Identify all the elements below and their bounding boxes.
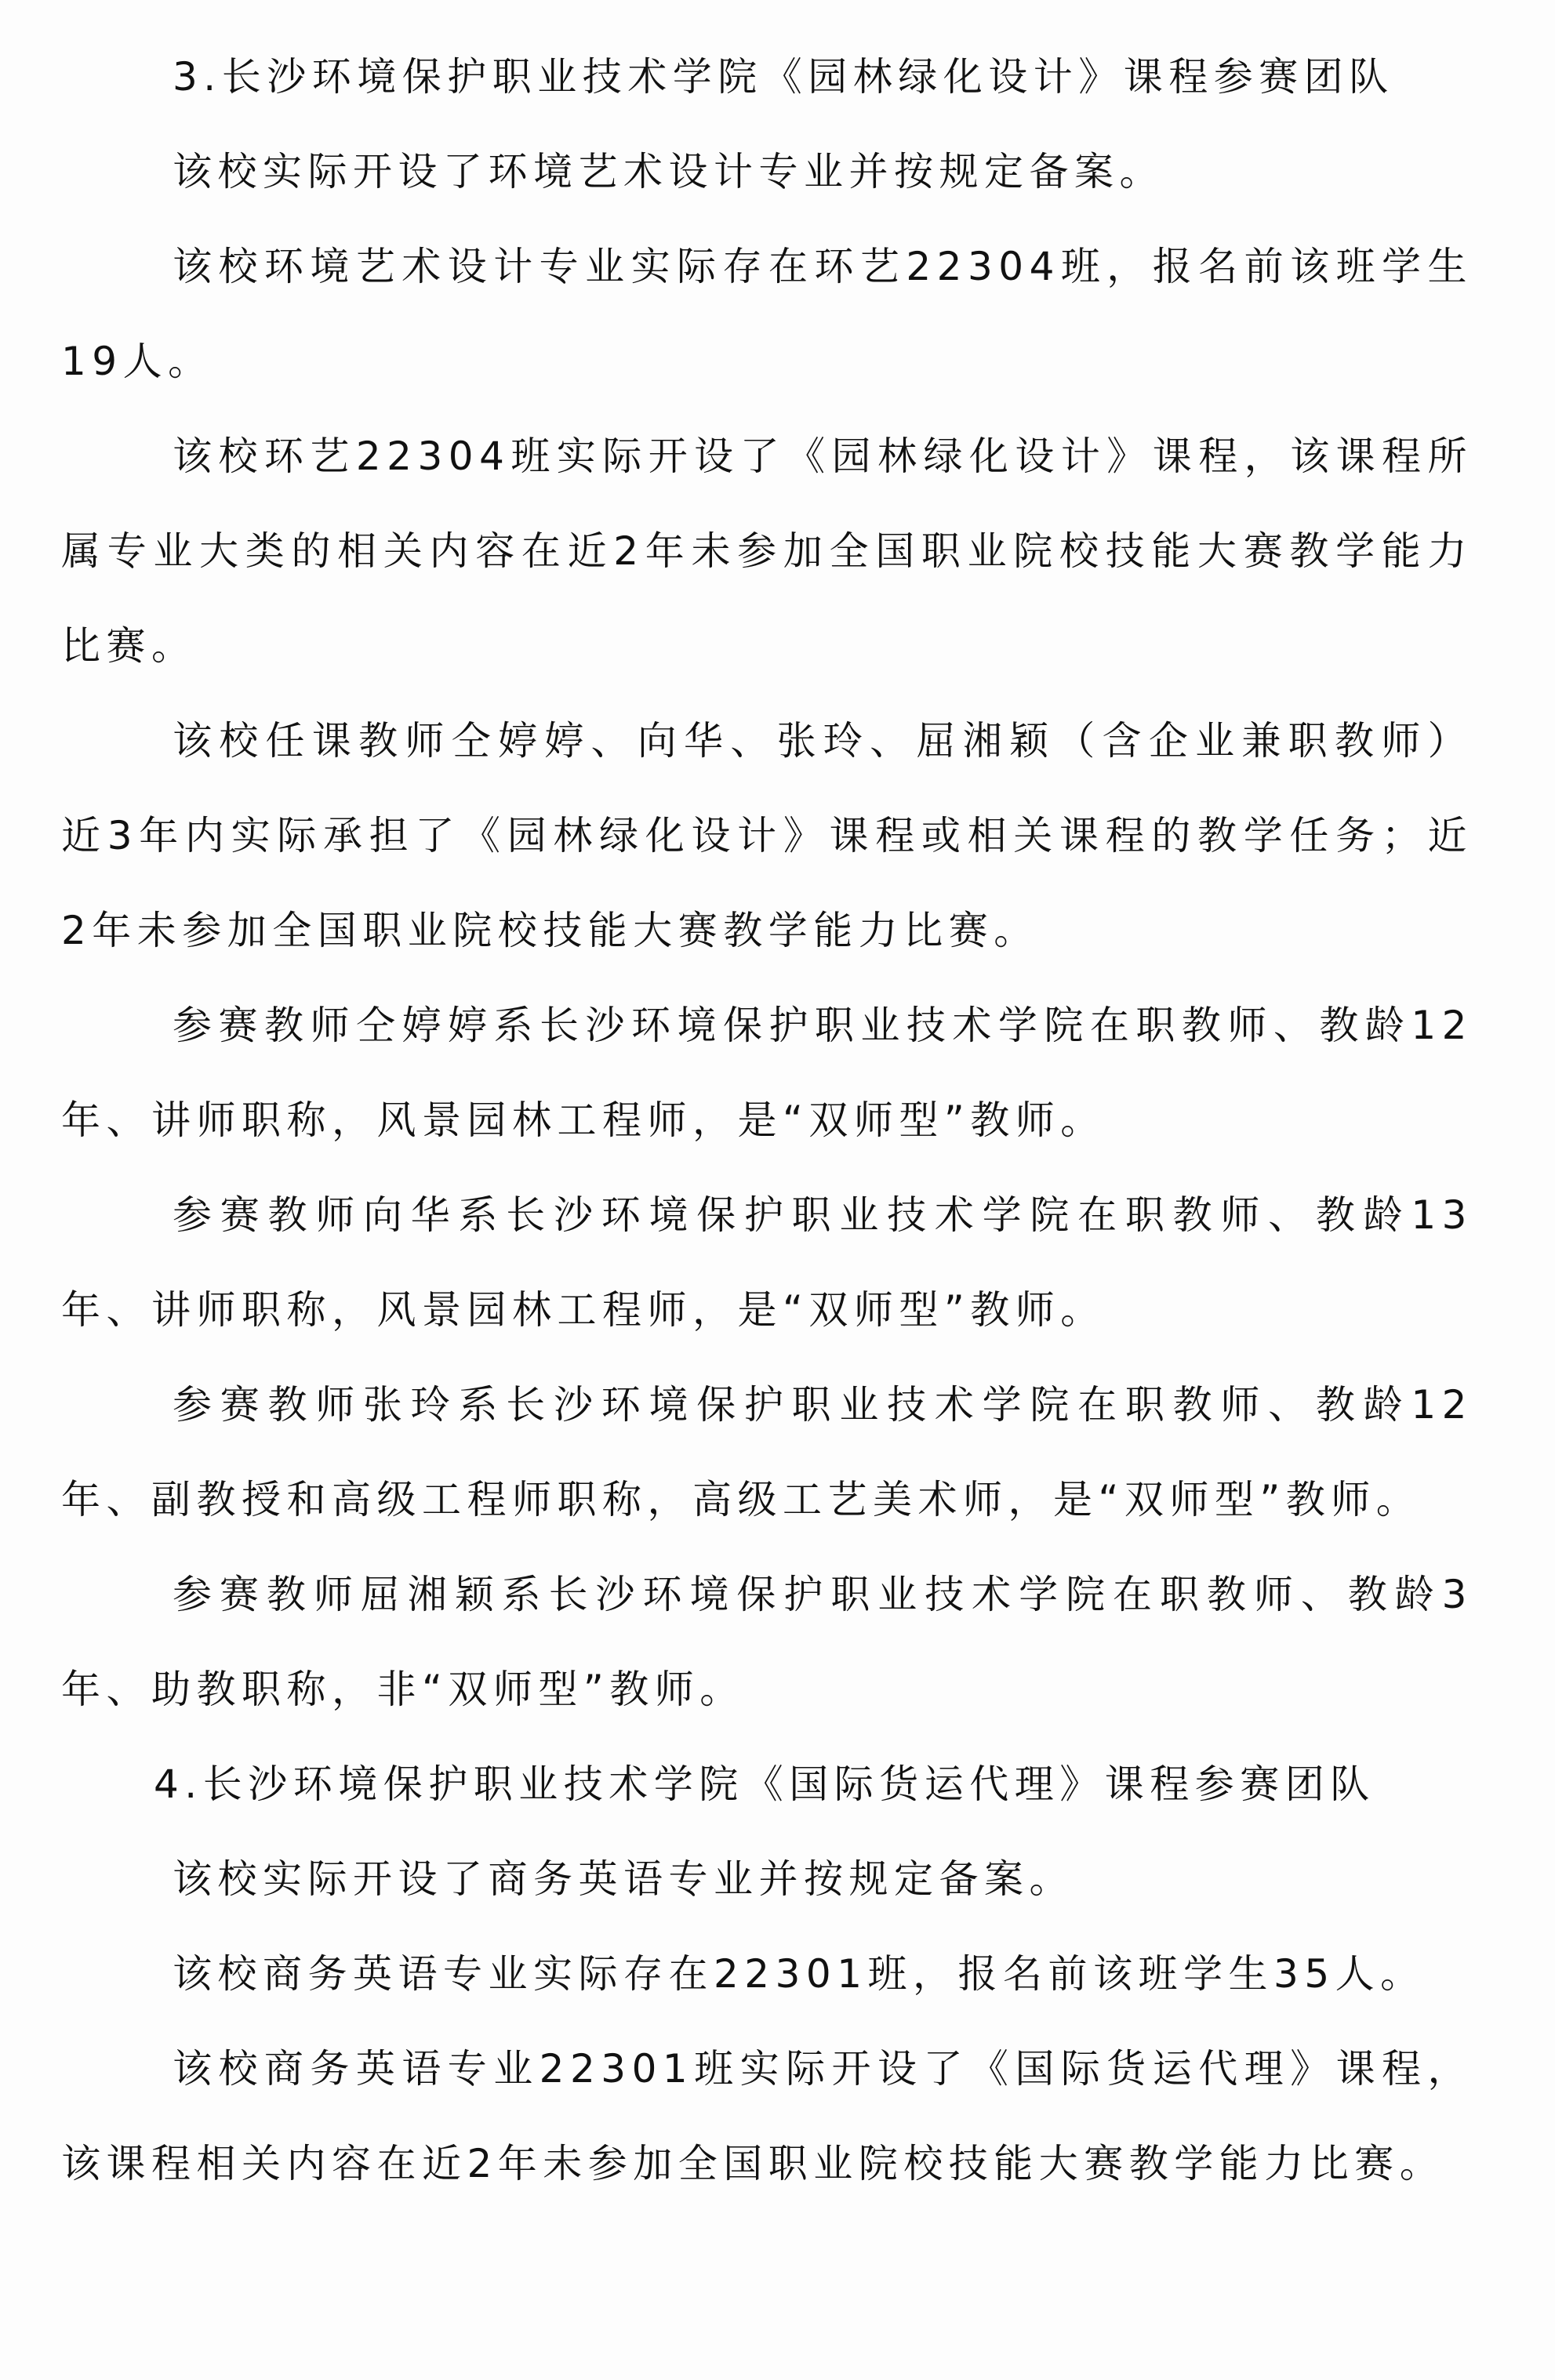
paragraph: 该校实际开设了商务英语专业并按规定备案。	[61, 1832, 1473, 1927]
paragraph: 该校环境艺术设计专业实际存在环艺22304班，报名前该班学生19人。	[61, 219, 1473, 409]
section-4-freight-forwarding-team: 4.长沙环境保护职业技术学院《国际货运代理》课程参赛团队 该校实际开设了商务英语…	[61, 1737, 1473, 2211]
paragraph: 该校实际开设了环境艺术设计专业并按规定备案。	[61, 125, 1473, 219]
section-3-garden-design-team: 3.长沙环境保护职业技术学院《园林绿化设计》课程参赛团队 该校实际开设了环境艺术…	[61, 30, 1473, 1737]
paragraph: 参赛教师屈湘颖系长沙环境保护职业技术学院在职教师、教龄3年、助教职称，非“双师型…	[61, 1547, 1473, 1737]
document-page: 3.长沙环境保护职业技术学院《园林绿化设计》课程参赛团队 该校实际开设了环境艺术…	[61, 30, 1473, 2211]
paragraph: 参赛教师仝婷婷系长沙环境保护职业技术学院在职教师、教龄12年、讲师职称，风景园林…	[61, 978, 1473, 1168]
paragraph: 参赛教师张玲系长沙环境保护职业技术学院在职教师、教龄12年、副教授和高级工程师职…	[61, 1358, 1473, 1547]
paragraph: 该校环艺22304班实际开设了《园林绿化设计》课程，该课程所属专业大类的相关内容…	[61, 409, 1473, 694]
paragraph: 该校任课教师仝婷婷、向华、张玲、屈湘颖（含企业兼职教师）近3年内实际承担了《园林…	[61, 694, 1473, 978]
section-heading: 3.长沙环境保护职业技术学院《园林绿化设计》课程参赛团队	[61, 30, 1473, 125]
paragraph: 该校商务英语专业实际存在22301班，报名前该班学生35人。	[61, 1927, 1473, 2022]
paragraph: 参赛教师向华系长沙环境保护职业技术学院在职教师、教龄13年、讲师职称，风景园林工…	[61, 1168, 1473, 1358]
paragraph: 该校商务英语专业22301班实际开设了《国际货运代理》课程，该课程相关内容在近2…	[61, 2022, 1473, 2211]
section-heading: 4.长沙环境保护职业技术学院《国际货运代理》课程参赛团队	[61, 1737, 1473, 1832]
